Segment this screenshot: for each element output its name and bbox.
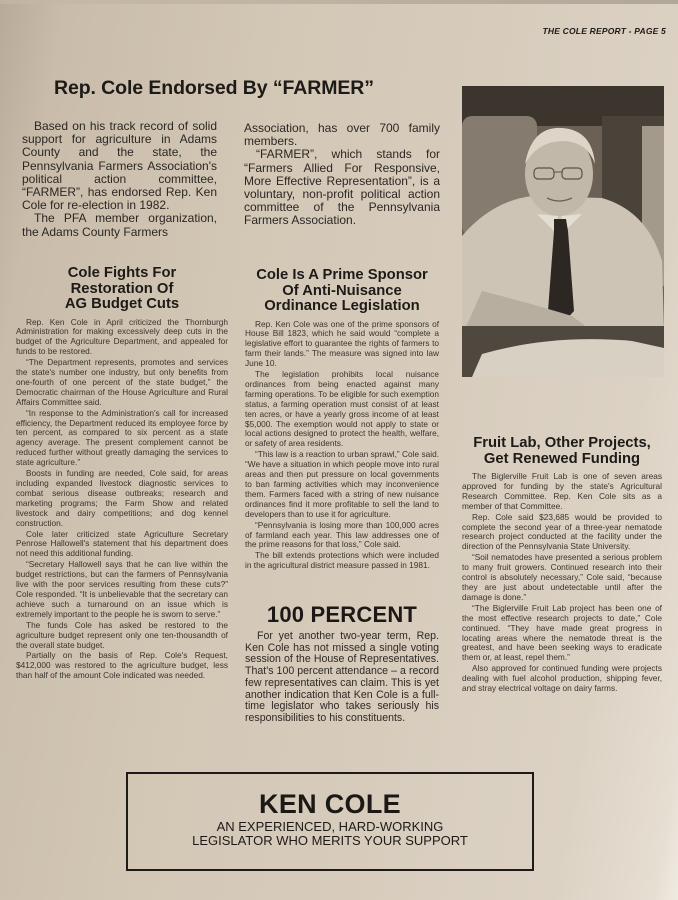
paragraph: “Pennsylvania is losing more than 100,00… bbox=[245, 521, 439, 551]
story-nuisance-body: Rep. Ken Cole was one of the prime spons… bbox=[245, 320, 439, 572]
story-attendance-body: For yet another two-year term, Rep. Ken … bbox=[245, 631, 439, 725]
story-fruitlab-body: The Biglerville Fruit Lab is one of seve… bbox=[462, 472, 662, 694]
paragraph: Boosts in funding are needed, Cole said,… bbox=[16, 469, 228, 528]
paragraph: For yet another two-year term, Rep. Ken … bbox=[245, 631, 439, 725]
paragraph: “Secretary Hallowell says that he can li… bbox=[16, 560, 228, 619]
ad-tagline-1: AN EXPERIENCED, HARD-WORKING bbox=[128, 820, 532, 834]
paragraph: “Soil nematodes have presented a serious… bbox=[462, 553, 662, 603]
ad-title: KEN COLE bbox=[128, 789, 532, 820]
story-fruitlab: Fruit Lab, Other Projects, Get Renewed F… bbox=[462, 436, 662, 695]
main-story-paragraph: “FARMER”, which stands for “Farmers Alli… bbox=[244, 148, 440, 227]
main-story-paragraph: Based on his track record of solid suppo… bbox=[22, 120, 217, 212]
story-budget-body: Rep. Ken Cole in April criticized the Th… bbox=[16, 318, 228, 682]
paragraph: “In response to the Administration's cal… bbox=[16, 409, 228, 468]
paragraph: The Biglerville Fruit Lab is one of seve… bbox=[462, 472, 662, 512]
story-budget: Cole Fights For Restoration Of AG Budget… bbox=[16, 266, 228, 682]
paragraph: “The Biglerville Fruit Lab project has b… bbox=[462, 604, 662, 663]
paragraph: Rep. Cole said $23,685 would be provided… bbox=[462, 513, 662, 553]
newspaper-page: THE COLE REPORT - PAGE 5 Rep. Cole Endor… bbox=[0, 0, 678, 900]
page-edge bbox=[0, 0, 678, 4]
paragraph: “This law is a reaction to urban sprawl,… bbox=[245, 450, 439, 519]
paragraph: Rep. Ken Cole in April criticized the Th… bbox=[16, 318, 228, 358]
paragraph: Cole later criticized state Agriculture … bbox=[16, 530, 228, 560]
paragraph: The bill extends protections which were … bbox=[245, 551, 439, 571]
paragraph: The funds Cole has asked be restored to … bbox=[16, 621, 228, 651]
story-attendance-headline: 100 PERCENT bbox=[245, 602, 439, 628]
portrait-illustration bbox=[462, 86, 664, 377]
ad-tagline-2: LEGISLATOR WHO MERITS YOUR SUPPORT bbox=[128, 834, 532, 848]
paragraph: The legislation prohibits local nuisance… bbox=[245, 370, 439, 449]
portrait-photo bbox=[462, 86, 664, 377]
running-head: THE COLE REPORT - PAGE 5 bbox=[542, 26, 666, 36]
campaign-ad-box: KEN COLE AN EXPERIENCED, HARD-WORKING LE… bbox=[126, 772, 534, 871]
paragraph: “The Department represents, promotes and… bbox=[16, 358, 228, 408]
main-story-col1: Based on his track record of solid suppo… bbox=[22, 120, 217, 239]
main-story-paragraph: The PFA member organization, the Adams C… bbox=[22, 212, 217, 238]
story-fruitlab-headline: Fruit Lab, Other Projects, Get Renewed F… bbox=[462, 436, 662, 467]
story-budget-headline: Cole Fights For Restoration Of AG Budget… bbox=[16, 266, 228, 313]
paragraph: Rep. Ken Cole was one of the prime spons… bbox=[245, 320, 439, 370]
paragraph: Partially on the basis of Rep. Cole's Re… bbox=[16, 651, 228, 681]
main-story-col2: Association, has over 700 family members… bbox=[244, 122, 440, 228]
paragraph: Also approved for continued funding were… bbox=[462, 664, 662, 694]
story-nuisance-headline: Cole Is A Prime Sponsor Of Anti-Nuisance… bbox=[245, 268, 439, 315]
story-attendance: 100 PERCENT For yet another two-year ter… bbox=[245, 602, 439, 725]
main-headline: Rep. Cole Endorsed By “FARMER” bbox=[54, 77, 374, 100]
story-nuisance: Cole Is A Prime Sponsor Of Anti-Nuisance… bbox=[245, 268, 439, 572]
main-story-paragraph: Association, has over 700 family members… bbox=[244, 122, 440, 148]
